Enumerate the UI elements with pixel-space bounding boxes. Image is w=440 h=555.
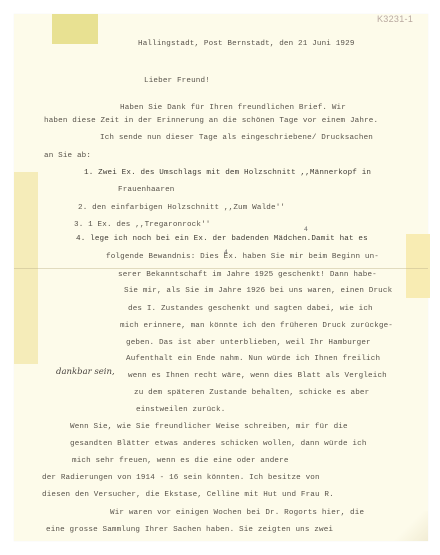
archive-reference-number: K3231-1 [377,14,413,24]
tape-strip-top [52,14,98,44]
body-line: diesen den Versucher, die Ekstase, Celli… [42,491,334,499]
fold-crease [14,268,428,269]
body-line: des I. Zustandes geschenkt und sagten da… [128,305,373,313]
letter-header-place-date: Hallingstadt, Post Bernstadt, den 21 Jun… [138,40,355,48]
body-line: mich erinnere, man könnte ich den früher… [120,322,393,330]
body-line: Ich sende nun dieser Tage als eingeschri… [100,134,373,142]
list-item-2: 2. den einfarbigen Holzschnitt ,,Zum Wal… [78,204,285,212]
body-line: serer Bekanntschaft im Jahre 1925 gesche… [118,271,377,279]
body-line: geben. Das ist aber unterblieben, weil I… [126,339,371,347]
body-line: einstweilen zurück. [136,406,225,414]
body-line: Haben Sie Dank für Ihren freundlichen Br… [120,104,346,112]
list-item-3: 3. 1 Ex. des ,,Tregaronrock'' [74,221,211,229]
list-item-1-cont: Frauenhaaren [118,186,174,194]
body-line: eine grosse Sammlung Ihrer Sachen haben.… [46,526,333,534]
body-line: folgende Bewandnis: Dies Ex. haben Sie m… [106,253,379,261]
body-line: zu dem späteren Zustande behalten, schic… [134,389,369,397]
body-line: der Radierungen von 1914 - 16 sein könnt… [42,474,320,482]
body-line: gesandten Blätter etwas anderes schicken… [70,440,367,448]
body-line: Wir waren vor einigen Wochen bei Dr. Rog… [110,509,364,517]
body-line: Aufenthalt ein Ende nahm. Nun würde ich … [126,355,380,363]
body-line: Wenn Sie, wie Sie freundlicher Weise sch… [70,423,348,431]
list-item-4: 4. lege ich noch bei ein Ex. der badende… [76,235,368,243]
tape-strip-right [406,234,430,298]
superscript-mark: 4 [304,226,308,233]
body-line: an Sie ab: [44,152,91,160]
body-line: Sie mir, als Sie im Jahre 1926 bei uns w… [124,287,392,295]
body-line: haben diese Zeit in der Erinnerung an di… [44,117,378,125]
salutation: Lieber Freund! [144,77,210,85]
handwritten-margin-note: dankbar sein, [56,367,115,377]
body-line: wenn es Ihnen recht wäre, wenn dies Blat… [128,372,387,380]
body-line: mich sehr freuen, wenn es die eine oder … [72,457,289,465]
list-item-1: 1. Zwei Ex. des Umschlags mit dem Holzsc… [84,169,371,177]
